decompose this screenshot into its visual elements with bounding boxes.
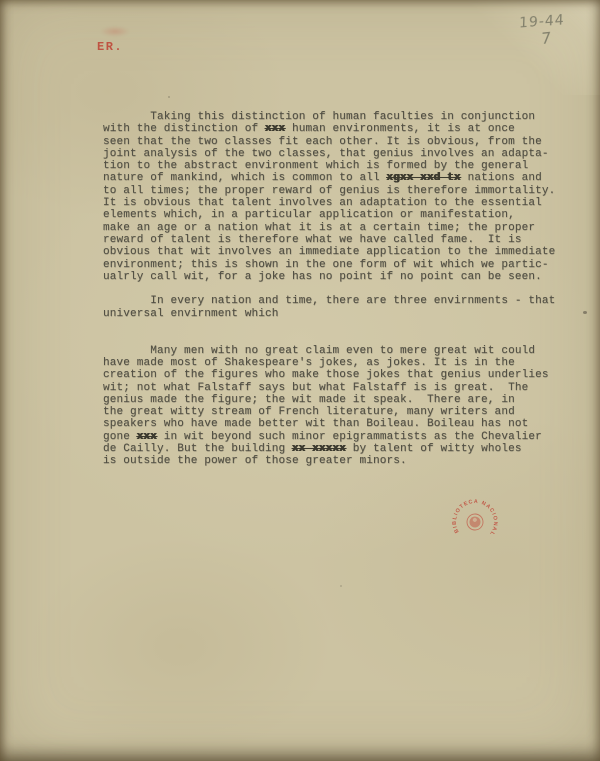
typed-line: wit; not what Falstaff says but what Fal… bbox=[103, 382, 555, 394]
typed-line: with the distinction of xxx human enviro… bbox=[103, 123, 555, 135]
typed-line: environment; this is shown in the one fo… bbox=[103, 259, 555, 271]
typed-text-segment: gone bbox=[103, 431, 137, 443]
typed-text-segment: to all times; the proper reward of geniu… bbox=[103, 185, 555, 197]
paper-speck bbox=[168, 96, 170, 98]
library-stamp-graphic: BIBLIOTECA NACIONAL bbox=[438, 485, 511, 558]
typed-line: Many men with no great claim even to mer… bbox=[103, 345, 555, 357]
paragraph: In every nation and time, there are thre… bbox=[103, 295, 555, 320]
typed-text-segment: elements which, in a particular applicat… bbox=[103, 209, 515, 221]
typed-line: It is obvious that talent involves an ad… bbox=[103, 197, 555, 209]
typed-text-segment: with the distinction of bbox=[103, 123, 265, 135]
typed-text-segment: creation of the figures who make those j… bbox=[103, 369, 549, 381]
typed-text-segment: genius made the figure; the wit made it … bbox=[103, 394, 515, 406]
typed-text-segment: ualrly call wit, for a joke has no point… bbox=[103, 271, 542, 283]
struck-out-text: xx xxxxx bbox=[292, 443, 346, 455]
er-stamp: ER. bbox=[97, 40, 123, 54]
typed-line: de Cailly. But the building xx xxxxx by … bbox=[103, 443, 555, 455]
struck-out-text: xxx bbox=[265, 123, 285, 135]
typed-line: tion to the abstract environment which i… bbox=[103, 160, 555, 172]
typed-text-segment: Many men with no great claim even to mer… bbox=[103, 345, 535, 357]
paragraph: Taking this distinction of human faculti… bbox=[103, 111, 555, 283]
paragraph: Many men with no great claim even to mer… bbox=[103, 345, 555, 468]
typed-text: Taking this distinction of human faculti… bbox=[103, 111, 555, 468]
typed-line: creation of the figures who make those j… bbox=[103, 369, 555, 381]
typed-text-segment: It is obvious that talent involves an ad… bbox=[103, 197, 542, 209]
typed-line: seen that the two classes fit each other… bbox=[103, 136, 555, 148]
typed-line: ualrly call wit, for a joke has no point… bbox=[103, 271, 555, 283]
typed-line: obvious that wit involves an immediate a… bbox=[103, 246, 555, 258]
typed-text-segment: wit; not what Falstaff says but what Fal… bbox=[103, 382, 528, 394]
struck-out-text: xxx bbox=[137, 431, 157, 443]
paper-speck bbox=[583, 311, 587, 314]
typed-line: In every nation and time, there are thre… bbox=[103, 295, 555, 307]
typed-line: joint analysis of the two classes, that … bbox=[103, 148, 555, 160]
typed-text-segment: obvious that wit involves an immediate a… bbox=[103, 246, 555, 258]
typed-line: to all times; the proper reward of geniu… bbox=[103, 185, 555, 197]
paper-speck bbox=[340, 585, 342, 587]
typed-text-segment: nature of mankind, which is common to al… bbox=[103, 172, 387, 184]
typed-text-segment: de Cailly. But the building bbox=[103, 443, 292, 455]
typed-line: universal envirnment which bbox=[103, 308, 555, 320]
typed-text-segment: joint analysis of the two classes, that … bbox=[103, 148, 549, 160]
typed-line: have made most of Shakespeare's jokes, a… bbox=[103, 357, 555, 369]
pencil-page-number: 7 bbox=[541, 27, 565, 49]
typed-text-segment: tion to the abstract environment which i… bbox=[103, 160, 528, 172]
typed-text-segment: in wit beyond such minor epigrammatists … bbox=[157, 431, 542, 443]
typed-line: the great witty stream of French literat… bbox=[103, 406, 555, 418]
typed-line: genius made the figure; the wit made it … bbox=[103, 394, 555, 406]
pencil-annotation: 19-44 7 bbox=[519, 14, 565, 47]
typed-text-segment: reward of talent is therefore what we ha… bbox=[103, 234, 522, 246]
struck-out-text: xgxx xxd tx bbox=[387, 172, 461, 184]
typed-text-segment: environment; this is shown in the one fo… bbox=[103, 259, 549, 271]
typed-text-segment: human environments, it is at once bbox=[285, 123, 515, 135]
typed-text-segment: In every nation and time, there are thre… bbox=[103, 295, 555, 307]
typed-text-segment: is outside the power of those greater mi… bbox=[103, 455, 407, 467]
typed-text-segment: speakers who have made better wit than B… bbox=[103, 418, 528, 430]
typed-text-segment: by talent of witty wholes bbox=[346, 443, 522, 455]
typed-line: is outside the power of those greater mi… bbox=[103, 455, 555, 467]
typed-text-segment: make an age or a nation what it is at a … bbox=[103, 222, 535, 234]
typed-line: speakers who have made better wit than B… bbox=[103, 418, 555, 430]
typed-text-segment: the great witty stream of French literat… bbox=[103, 406, 515, 418]
typed-line: nature of mankind, which is common to al… bbox=[103, 172, 555, 184]
typed-line: make an age or a nation what it is at a … bbox=[103, 222, 555, 234]
typed-text-segment: nations and bbox=[461, 172, 542, 184]
typed-line: reward of talent is therefore what we ha… bbox=[103, 234, 555, 246]
typed-text-segment: seen that the two classes fit each other… bbox=[103, 136, 542, 148]
typed-text-segment: universal envirnment which bbox=[103, 308, 279, 320]
typed-line: Taking this distinction of human faculti… bbox=[103, 111, 555, 123]
ink-smudge bbox=[100, 26, 130, 37]
library-stamp: BIBLIOTECA NACIONAL bbox=[449, 496, 501, 548]
typed-line: elements which, in a particular applicat… bbox=[103, 209, 555, 221]
typed-text-segment: have made most of Shakespeare's jokes, a… bbox=[103, 357, 515, 369]
paper-page: ER. 19-44 7 Taking this distinction of h… bbox=[0, 0, 600, 761]
typed-text-segment: Taking this distinction of human faculti… bbox=[103, 111, 535, 123]
typed-line: gone xxx in wit beyond such minor epigra… bbox=[103, 431, 555, 443]
